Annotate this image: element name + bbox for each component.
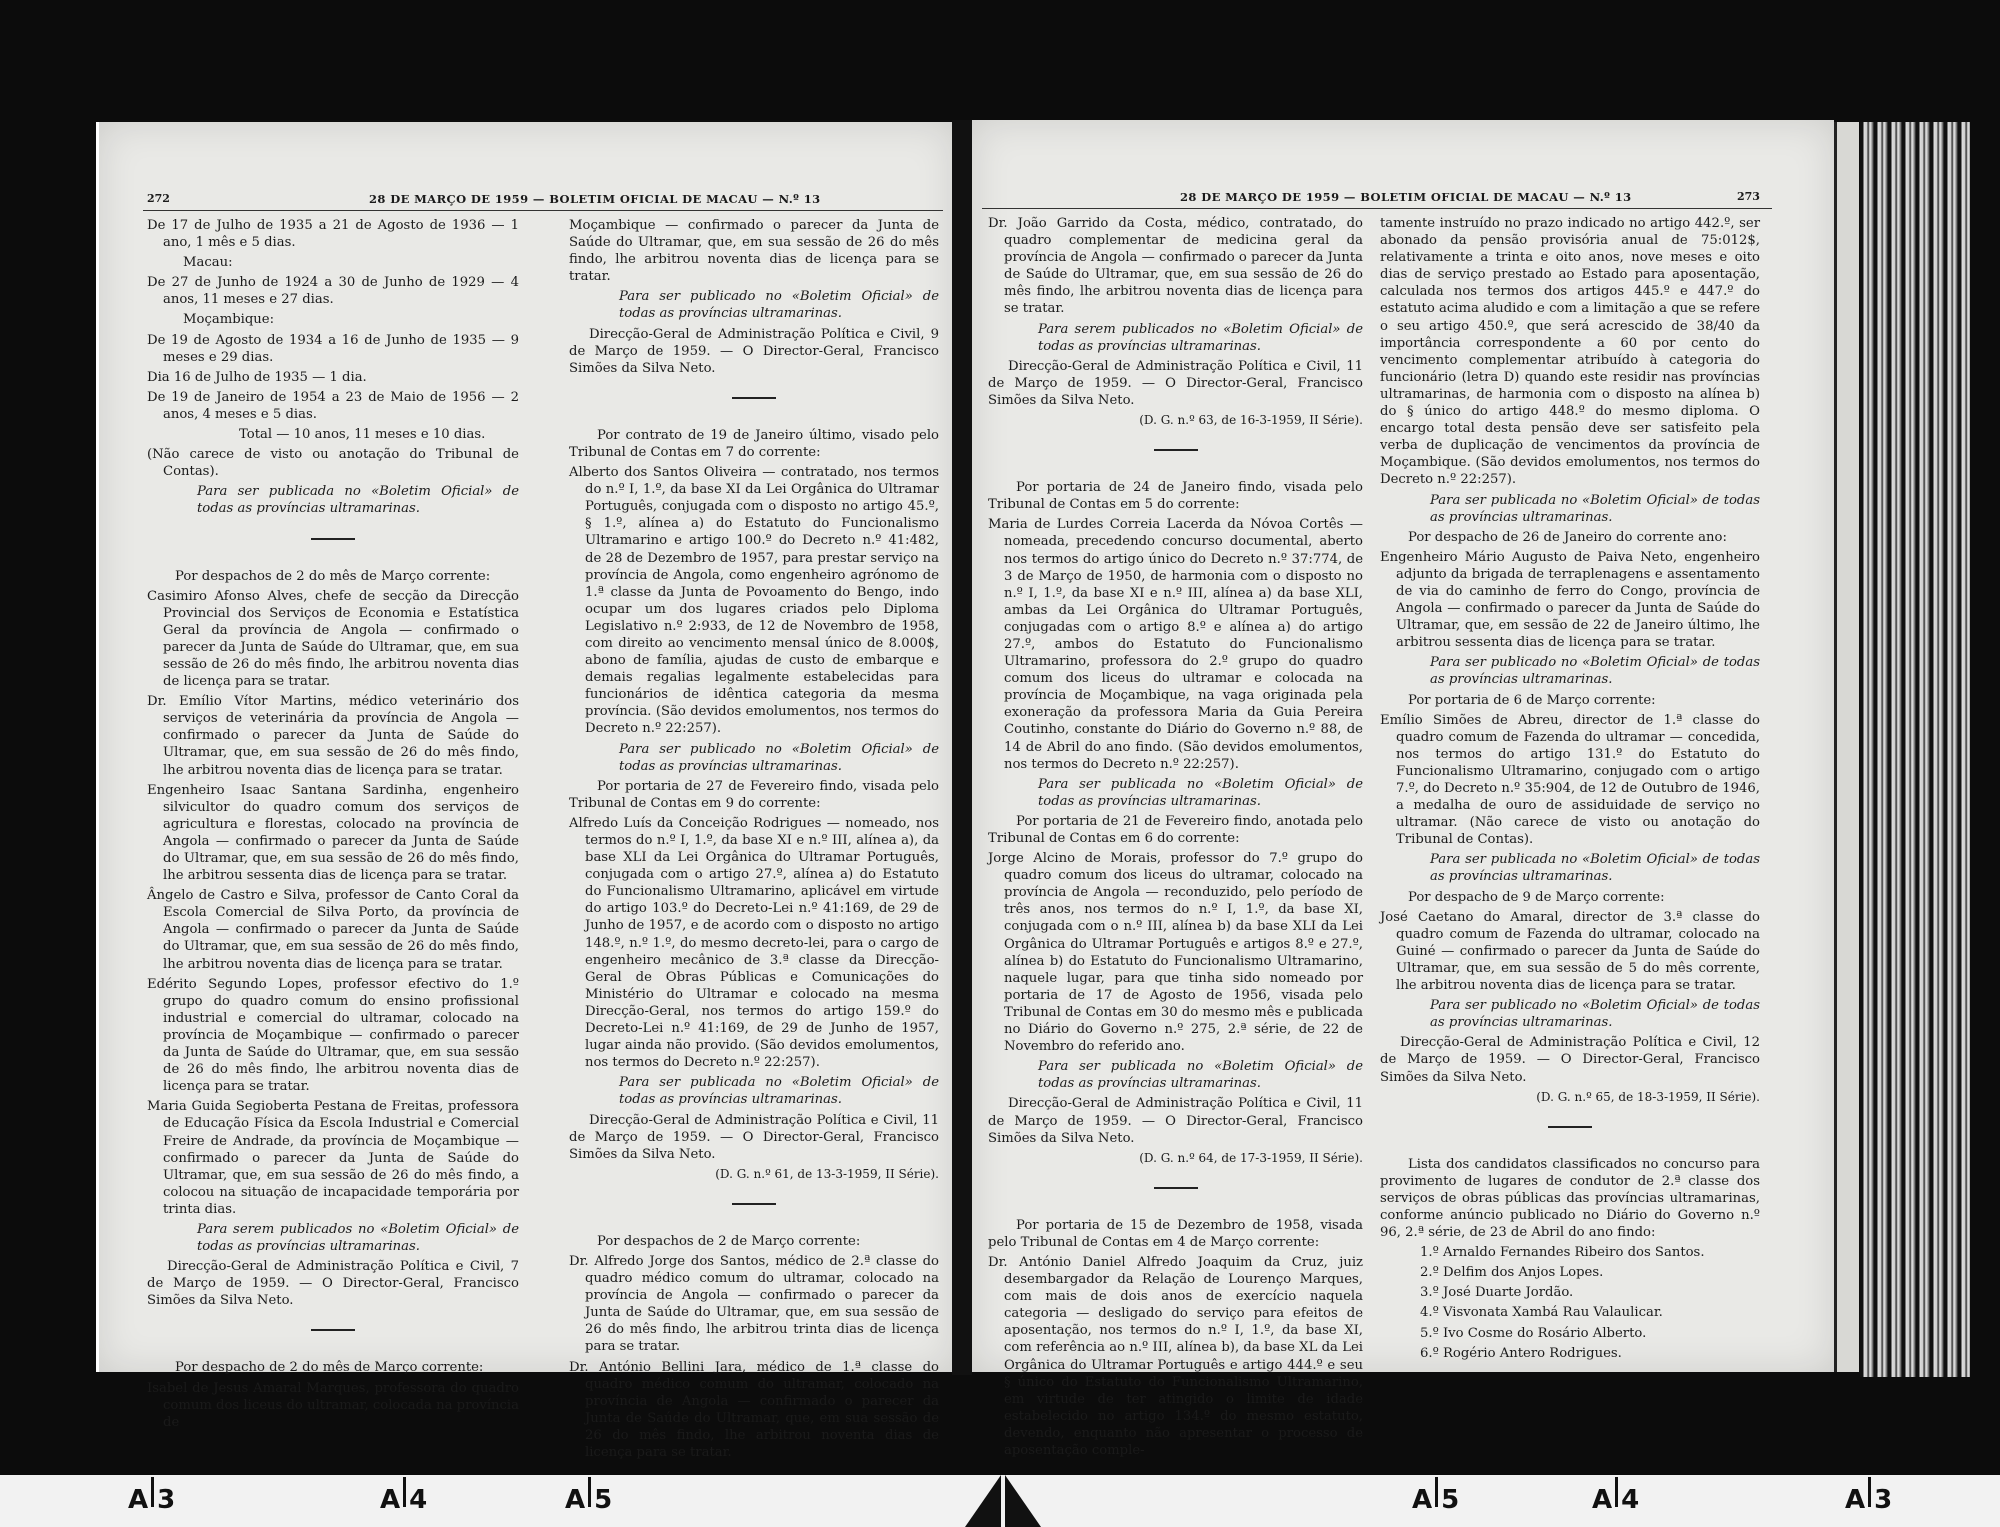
column-right: Moçambique — confirmado o parecer da Jun… xyxy=(569,217,939,1464)
paragraph: Moçambique — confirmado o parecer da Jun… xyxy=(569,217,939,285)
paragraph: tamente instruído no prazo indicado no a… xyxy=(1380,215,1760,489)
book-gutter xyxy=(952,120,972,1375)
header-rule xyxy=(982,208,1772,209)
column-left: Dr. João Garrido da Costa, médico, contr… xyxy=(988,215,1363,1462)
publication-note: Para ser publicado no «Boletim Oficial» … xyxy=(1380,654,1760,688)
paragraph: Total — 10 anos, 11 meses e 10 dias. xyxy=(147,426,519,443)
paragraph: De 19 de Agosto de 1934 a 16 de Junho de… xyxy=(147,332,519,366)
paragraph: Por contrato de 19 de Janeiro último, vi… xyxy=(569,427,939,461)
paragraph: Por portaria de 21 de Fevereiro findo, a… xyxy=(988,813,1363,847)
candidate-list-item: 1.º Arnaldo Fernandes Ribeiro dos Santos… xyxy=(1380,1244,1760,1261)
section-separator xyxy=(311,538,355,540)
page-number: 273 xyxy=(1737,190,1760,203)
paragraph: Isabel de Jesus Amaral Marques, professo… xyxy=(147,1380,519,1431)
paragraph: (Não carece de visto ou anotação do Trib… xyxy=(147,446,519,480)
right-page: 28 DE MARÇO DE 1959 — BOLETIM OFICIAL DE… xyxy=(972,120,1834,1372)
publication-note: Para serem publicados no «Boletim Oficia… xyxy=(147,1221,519,1255)
gazette-reference: (D. G. n.º 61, de 13-3-1959, II Série). xyxy=(569,1166,939,1183)
publication-note: Para ser publicada no «Boletim Oficial» … xyxy=(1380,851,1760,885)
left-page: 272 28 DE MARÇO DE 1959 — BOLETIM OFICIA… xyxy=(96,122,955,1372)
candidate-list-item: 3.º José Duarte Jordão. xyxy=(1380,1284,1760,1301)
paragraph: Engenheiro Mário Augusto de Paiva Neto, … xyxy=(1380,549,1760,652)
page-edge xyxy=(1834,122,1859,1372)
paragraph: Por despacho de 2 do mês de Março corren… xyxy=(147,1359,519,1376)
page-header: 28 DE MARÇO DE 1959 — BOLETIM OFICIAL DE… xyxy=(1180,190,1632,204)
paragraph: Dr. Alfredo Jorge dos Santos, médico de … xyxy=(569,1253,939,1356)
candidate-list-item: 5.º Ivo Cosme do Rosário Alberto. xyxy=(1380,1325,1760,1342)
paragraph: Por despacho de 26 de Janeiro do corrent… xyxy=(1380,529,1760,546)
publication-note: Para ser publicada no «Boletim Oficial» … xyxy=(147,483,519,517)
frame-mark: A3 xyxy=(128,1485,175,1515)
paragraph: Por portaria de 24 de Janeiro findo, vis… xyxy=(988,479,1363,513)
paragraph: Dia 16 de Julho de 1935 — 1 dia. xyxy=(147,369,519,386)
header-rule xyxy=(143,210,943,211)
paragraph: Engenheiro Isaac Santana Sardinha, engen… xyxy=(147,782,519,885)
frame-mark: A3 xyxy=(1845,1485,1892,1515)
publication-note: Para ser publicado no «Boletim Oficial» … xyxy=(1380,997,1760,1031)
paragraph: Dr. João Garrido da Costa, médico, contr… xyxy=(988,215,1363,318)
frame-mark: A4 xyxy=(1592,1485,1639,1515)
film-notch-left xyxy=(965,1475,1001,1527)
paragraph: Lista dos candidatos classificados no co… xyxy=(1380,1156,1760,1241)
film-strip-margin: A3 A4 A5 A5 A4 A3 xyxy=(0,1475,2000,1527)
paragraph: Dr. António Daniel Alfredo Joaquim da Cr… xyxy=(988,1254,1363,1459)
paragraph: José Caetano do Amaral, director de 3.ª … xyxy=(1380,909,1760,994)
paragraph: Por despachos de 2 do mês de Março corre… xyxy=(147,568,519,585)
section-separator xyxy=(311,1329,355,1331)
publication-note: Para ser publicado no «Boletim Oficial» … xyxy=(569,288,939,322)
candidate-list-item: 4.º Visvonata Xambá Rau Valaulicar. xyxy=(1380,1304,1760,1321)
paragraph: Dr. Emílio Vítor Martins, médico veterin… xyxy=(147,693,519,778)
paragraph: Macau: xyxy=(147,254,519,271)
signature-line: Direcção-Geral de Administração Política… xyxy=(988,1095,1363,1146)
section-separator xyxy=(732,397,776,399)
paragraph: Jorge Alcino de Morais, professor do 7.º… xyxy=(988,850,1363,1055)
paragraph: Maria de Lurdes Correia Lacerda da Nóvoa… xyxy=(988,516,1363,772)
signature-line: Direcção-Geral de Administração Política… xyxy=(147,1258,519,1309)
film-notch-right xyxy=(1005,1475,1041,1527)
paragraph: De 17 de Julho de 1935 a 21 de Agosto de… xyxy=(147,217,519,251)
candidate-list-item: 6.º Rogério Antero Rodrigues. xyxy=(1380,1345,1760,1362)
gazette-reference: (D. G. n.º 65, de 18-3-1959, II Série). xyxy=(1380,1089,1760,1106)
paragraph: Maria Guida Segioberta Pestana de Freita… xyxy=(147,1098,519,1218)
paragraph: Por despachos de 2 de Março corrente: xyxy=(569,1233,939,1250)
paragraph: Moçambique: xyxy=(147,311,519,328)
candidate-list-item: 2.º Delfim dos Anjos Lopes. xyxy=(1380,1264,1760,1281)
page-number: 272 xyxy=(147,192,170,205)
publication-note: Para serem publicados no «Boletim Oficia… xyxy=(988,321,1363,355)
section-separator xyxy=(732,1203,776,1205)
paragraph: Alfredo Luís da Conceição Rodrigues — no… xyxy=(569,815,939,1071)
frame-mark: A5 xyxy=(565,1485,612,1515)
paragraph: Emílio Simões de Abreu, director de 1.ª … xyxy=(1380,712,1760,849)
publication-note: Para ser publicada no «Boletim Oficial» … xyxy=(988,1058,1363,1092)
book-page-block xyxy=(1860,122,1970,1377)
signature-line: Direcção-Geral de Administração Política… xyxy=(569,326,939,377)
section-separator xyxy=(1154,1187,1198,1189)
page-header: 28 DE MARÇO DE 1959 — BOLETIM OFICIAL DE… xyxy=(369,192,821,206)
column-right: tamente instruído no prazo indicado no a… xyxy=(1380,215,1760,1365)
paragraph: Casimiro Afonso Alves, chefe de secção d… xyxy=(147,588,519,691)
frame-mark: A5 xyxy=(1412,1485,1459,1515)
paragraph: Alberto dos Santos Oliveira — contratado… xyxy=(569,464,939,738)
signature-line: Direcção-Geral de Administração Política… xyxy=(569,1112,939,1163)
paragraph: Edérito Segundo Lopes, professor efectiv… xyxy=(147,976,519,1096)
publication-note: Para ser publicada no «Boletim Oficial» … xyxy=(569,1074,939,1108)
paragraph: Dr. António Bellini Jara, médico de 1.ª … xyxy=(569,1359,939,1462)
paragraph: Ângelo de Castro e Silva, professor de C… xyxy=(147,887,519,972)
paragraph: Por portaria de 6 de Março corrente: xyxy=(1380,692,1760,709)
section-separator xyxy=(1548,1126,1592,1128)
gazette-reference: (D. G. n.º 64, de 17-3-1959, II Série). xyxy=(988,1150,1363,1167)
section-separator xyxy=(1154,449,1198,451)
paragraph: De 27 de Junho de 1924 a 30 de Junho de … xyxy=(147,274,519,308)
paragraph: Por portaria de 27 de Fevereiro findo, v… xyxy=(569,778,939,812)
publication-note: Para ser publicado no «Boletim Oficial» … xyxy=(569,741,939,775)
paragraph: Por despacho de 9 de Março corrente: xyxy=(1380,889,1760,906)
signature-line: Direcção-Geral de Administração Política… xyxy=(1380,1034,1760,1085)
publication-note: Para ser publicada no «Boletim Oficial» … xyxy=(1380,492,1760,526)
gazette-reference: (D. G. n.º 63, de 16-3-1959, II Série). xyxy=(988,412,1363,429)
signature-line: Direcção-Geral de Administração Política… xyxy=(988,358,1363,409)
paragraph: Por portaria de 15 de Dezembro de 1958, … xyxy=(988,1217,1363,1251)
frame-mark: A4 xyxy=(380,1485,427,1515)
publication-note: Para ser publicada no «Boletim Oficial» … xyxy=(988,776,1363,810)
column-left: De 17 de Julho de 1935 a 21 de Agosto de… xyxy=(147,217,519,1434)
paragraph: De 19 de Janeiro de 1954 a 23 de Maio de… xyxy=(147,389,519,423)
